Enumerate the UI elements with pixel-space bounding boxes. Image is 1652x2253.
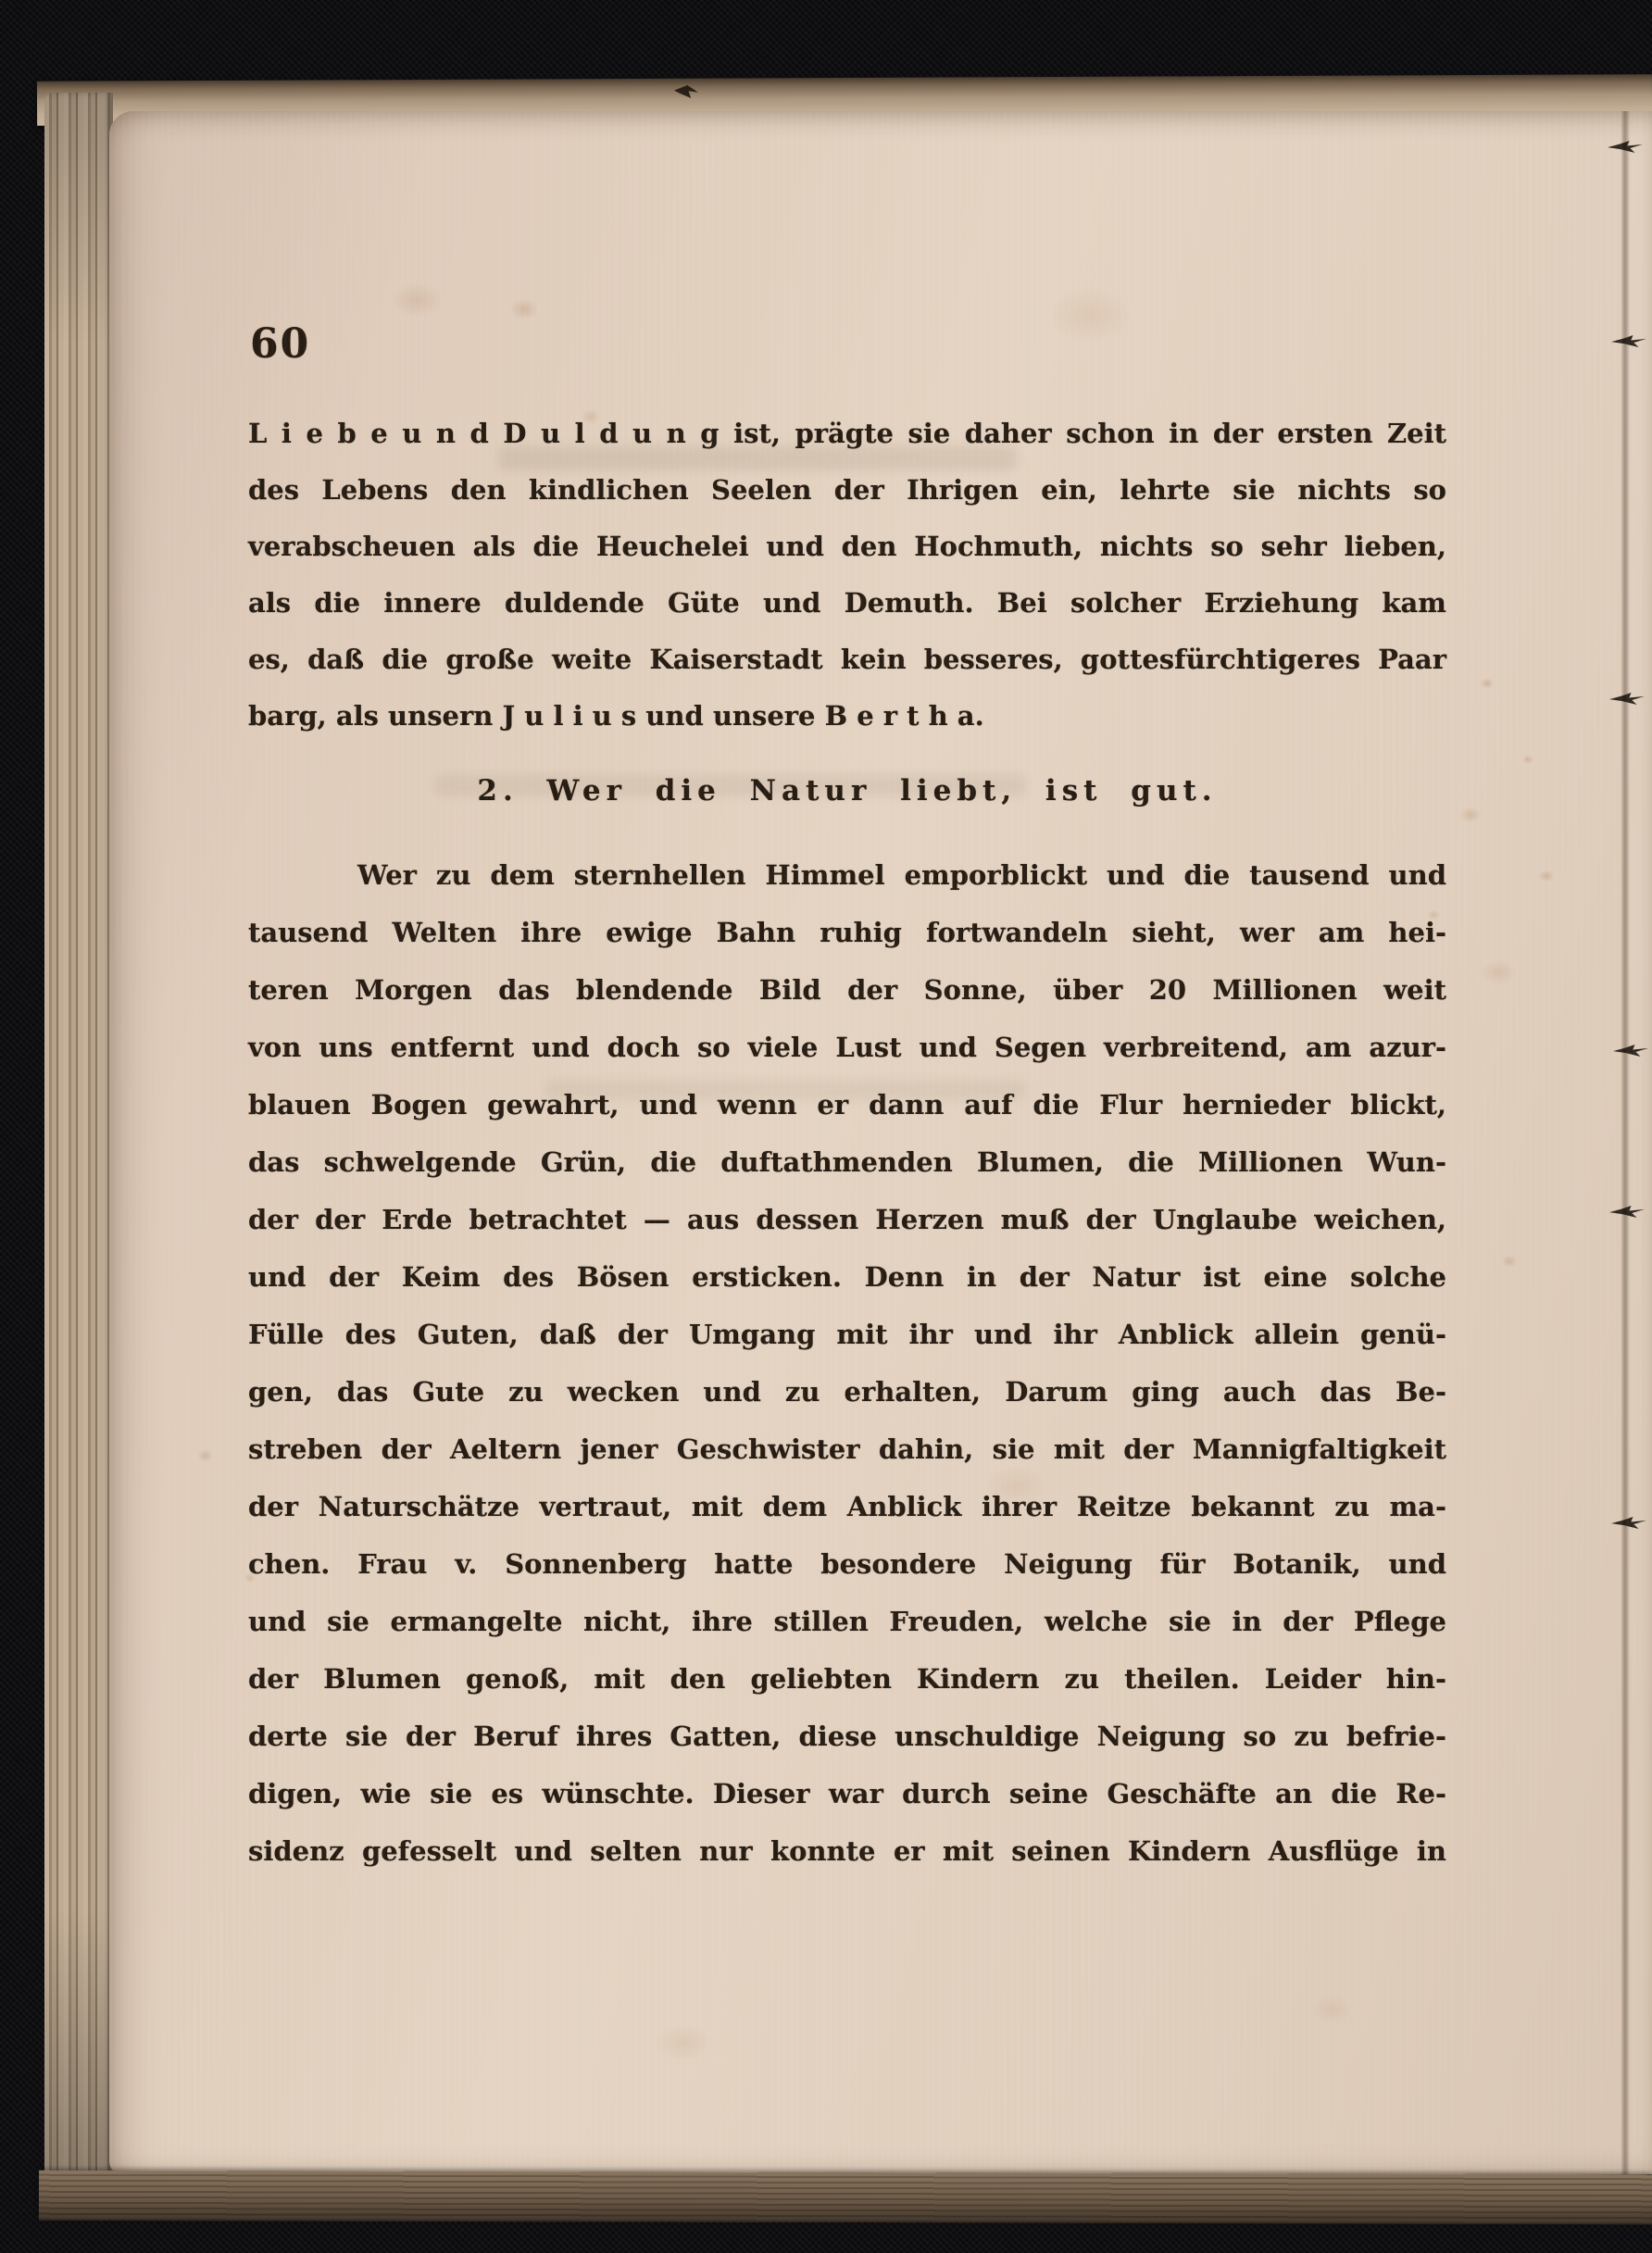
scanned-book-photo: { "colors": { "background": "#0b0b0d", "…: [0, 0, 1652, 2253]
section-heading: 2. Wer die Natur liebt, ist gut.: [248, 774, 1446, 807]
text-line: verabscheuen als die Heuchelei und den H…: [248, 519, 1446, 575]
text-line: teren Morgen das blendende Bild der Sonn…: [248, 961, 1446, 1019]
text-line: L i e b e u n d D u l d u n g ist, prägt…: [248, 406, 1446, 462]
book: 60 L i e b e u n d D u l d u n g ist, pr…: [0, 0, 1652, 2253]
text-line: streben der Aeltern jener Geschwister da…: [248, 1421, 1446, 1478]
text-line: tausend Welten ihre ewige Bahn ruhig for…: [248, 904, 1446, 961]
text-line: barg, als unsern J u l i u s und unsere …: [248, 688, 1446, 745]
fore-edge-mark: [1608, 141, 1643, 153]
text-line: es, daß die große weite Kaiserstadt kein…: [248, 632, 1446, 688]
fore-edge-mark: [1611, 335, 1646, 347]
paragraph-2: Wer zu dem sternhellen Himmel emporblick…: [248, 846, 1446, 1880]
book-page: 60 L i e b e u n d D u l d u n g ist, pr…: [109, 111, 1652, 2174]
text-line: blauen Bogen gewahrt, und wenn er dann a…: [248, 1076, 1446, 1133]
text-line: derte sie der Beruf ihres Gatten, diese …: [248, 1708, 1446, 1765]
adjacent-page-strip: [1630, 111, 1652, 2174]
fore-edge-mark: [1609, 693, 1645, 705]
text-line: sidenz gefesselt und selten nur konnte e…: [248, 1822, 1446, 1880]
text-line: als die innere duldende Güte und Demuth.…: [248, 575, 1446, 632]
text-line: Fülle des Guten, daß der Umgang mit ihr …: [248, 1306, 1446, 1363]
text-line: und der Keim des Bösen ersticken. Denn i…: [248, 1248, 1446, 1306]
fore-edge-mark: [1611, 1517, 1646, 1529]
text-line: und sie ermangelte nicht, ihre stillen F…: [248, 1593, 1446, 1650]
text-line: chen. Frau v. Sonnenberg hatte besondere…: [248, 1535, 1446, 1593]
fore-edge-mark: [1613, 1045, 1648, 1057]
text-line: gen, das Gute zu wecken und zu erhalten,…: [248, 1363, 1446, 1421]
paragraph-1: L i e b e u n d D u l d u n g ist, prägt…: [248, 406, 1446, 745]
text-line: von uns entfernt und doch so viele Lust …: [248, 1019, 1446, 1076]
text-line: des Lebens den kindlichen Seelen der Ihr…: [248, 462, 1446, 519]
fore-edge-mark: [1609, 1206, 1645, 1218]
page-crease: [1621, 111, 1630, 2174]
text-line: der Blumen genoß, mit den geliebten Kind…: [248, 1650, 1446, 1708]
page-number: 60: [250, 320, 310, 368]
text-line: digen, wie sie es wünschte. Dieser war d…: [248, 1765, 1446, 1822]
text-line: Wer zu dem sternhellen Himmel emporblick…: [248, 846, 1446, 904]
book-bottom-edge: [39, 2171, 1652, 2225]
text-line: das schwelgende Grün, die duftathmenden …: [248, 1133, 1446, 1191]
text-line: der der Erde betrachtet — aus dessen Her…: [248, 1191, 1446, 1248]
book-page-edges-left: [44, 93, 113, 2202]
text-line: der Naturschätze vertraut, mit dem Anbli…: [248, 1478, 1446, 1535]
